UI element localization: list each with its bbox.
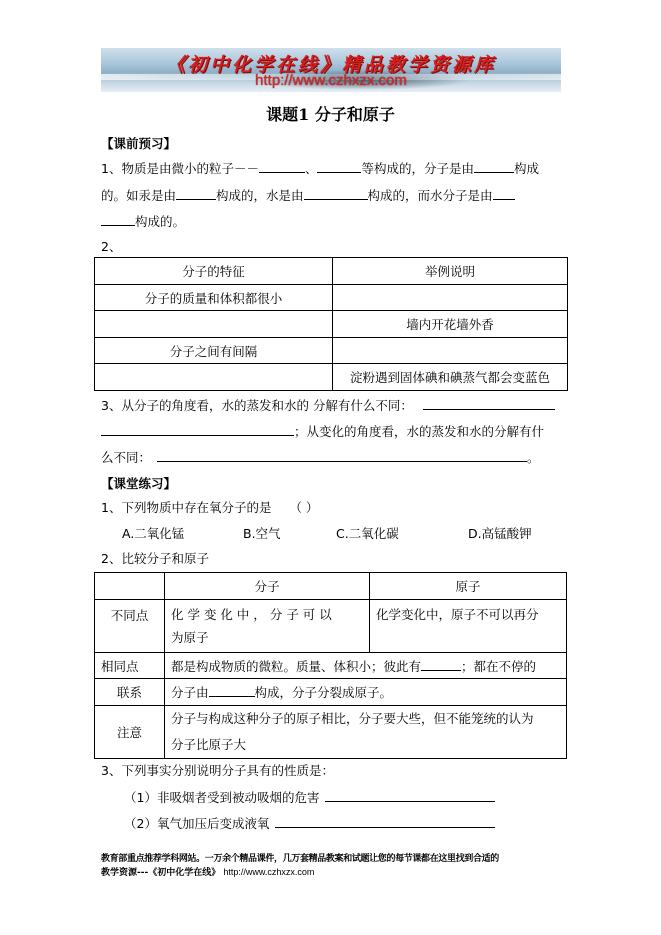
table-cell-answer[interactable] [333, 285, 568, 311]
table-cell-answer[interactable] [95, 364, 333, 391]
table-header: 分子的特征 [95, 258, 333, 285]
q3-text: 么不同： [101, 450, 151, 465]
q1-text: 的。如汞是由 [101, 188, 176, 203]
practice-q3-stem: 3、下列事实分别说明分子具有的性质是： [101, 763, 334, 779]
preview-q1-line1: 1、物质是由微小的粒子－－、等构成的，分子是由构成 [101, 160, 539, 177]
table-header [95, 573, 165, 600]
table-cell: 分子由构成，分子分裂成原子。 [165, 679, 567, 706]
row-label: 不同点 [95, 600, 165, 653]
table-row: 淀粉遇到固体碘和碘蒸气都会变蓝色 [95, 364, 568, 391]
answer-blank[interactable] [101, 213, 135, 226]
cell-text: 构成，分子分裂成原子。 [255, 685, 393, 700]
table-cell: 淀粉遇到固体碘和碘蒸气都会变蓝色 [333, 364, 568, 391]
answer-blank[interactable] [209, 684, 255, 697]
cell-text: 化 学 变 化 中 ， 分 子 可 以 [171, 605, 369, 625]
q3-text: 3、从分子的角度看，水的蒸发和水的 分解有什么不同： [101, 398, 413, 413]
cell-text: 都是构成物质的微粒。质量、体积小；彼此有 [171, 659, 421, 674]
table-row: 分子的质量和体积都很小 [95, 285, 568, 311]
item-text: （1）非吸烟者受到被动吸烟的危害 [124, 790, 319, 805]
section-heading-practice: 【课堂练习】 [101, 474, 176, 492]
answer-blank[interactable] [325, 789, 495, 802]
choice-a[interactable]: A.二氧化锰 [122, 526, 184, 542]
table-cell: 都是构成物质的微粒。质量、体积小；彼此有；都在不停的 [165, 653, 567, 679]
q1-text: 等构成的，分子是由 [361, 161, 474, 176]
table-cell: 墙内开花墙外香 [333, 311, 568, 338]
table-row: 不同点 化 学 变 化 中 ， 分 子 可 以 为原子 化学变化中，原子不可以再… [95, 600, 567, 653]
cell-text: 分子由 [171, 685, 209, 700]
footer-text: 教育部重点推荐学科网站。一万余个精品课件，几万套精品教案和试题让您的每节课都在这… [101, 853, 571, 866]
answer-blank[interactable] [259, 160, 305, 173]
banner-url[interactable]: http://www.czhxzx.com [101, 72, 561, 89]
answer-blank[interactable] [474, 160, 514, 173]
table-cell: 分子的质量和体积都很小 [95, 285, 333, 311]
table-cell-answer[interactable] [333, 338, 568, 364]
table-cell: 化 学 变 化 中 ， 分 子 可 以 为原子 [165, 600, 370, 653]
answer-blank[interactable] [421, 658, 461, 671]
footer-text: 教学资源---《初中化学在线》 [101, 868, 220, 878]
cell-text: 分子比原子大 [171, 732, 566, 758]
choice-c[interactable]: C.二氧化碳 [336, 526, 399, 542]
section-heading-preview: 【课前预习】 [101, 134, 176, 152]
site-banner: 《初中化学在线》精品教学资源库 http://www.czhxzx.com [101, 48, 561, 92]
item-text: （2）氧气加压后变成液氧 [124, 816, 269, 831]
row-label: 联系 [95, 679, 165, 706]
molecule-features-table: 分子的特征 举例说明 分子的质量和体积都很小 墙内开花墙外香 分子之间有间隔 淀… [94, 257, 568, 391]
molecule-atom-comparison-table: 分子 原子 不同点 化 学 变 化 中 ， 分 子 可 以 为原子 化学变化中，… [94, 572, 567, 759]
table-cell: 化学变化中，原子不可以再分 [370, 600, 567, 653]
cell-text: 为原子 [171, 625, 369, 651]
q1-text: 构成的。 [135, 214, 185, 229]
cell-text: ；都在不停的 [461, 659, 536, 674]
row-label: 相同点 [95, 653, 165, 679]
q1-text: 构成 [514, 161, 539, 176]
table-cell: 分子之间有间隔 [95, 338, 333, 364]
q1-text: 1、物质是由微小的粒子－－ [101, 161, 259, 176]
table-cell: 分子与构成这种分子的原子相比，分子要大些，但不能笼统的认为 分子比原子大 [165, 706, 567, 759]
cell-text: 分子与构成这种分子的原子相比，分子要大些，但不能笼统的认为 [171, 706, 566, 732]
table-header-row: 分子 原子 [95, 573, 567, 600]
table-row: 联系 分子由构成，分子分裂成原子。 [95, 679, 567, 706]
practice-q3-item-1: （1）非吸烟者受到被动吸烟的危害 [124, 789, 495, 806]
answer-blank[interactable] [304, 187, 368, 200]
q3-text: ；从变化的角度看，水的蒸发和水的分解有什 [294, 424, 544, 439]
row-label: 注意 [95, 706, 165, 759]
answer-bracket[interactable]: （ ） [289, 500, 318, 515]
q1-text: 构成的，而水分子是由 [368, 188, 493, 203]
choice-d[interactable]: D.高锰酸钾 [468, 526, 532, 542]
answer-blank[interactable] [493, 187, 515, 200]
q1-text: 1、下列物质中存在氧分子的是 [101, 500, 271, 515]
table-header: 原子 [370, 573, 567, 600]
page-footer: 教育部重点推荐学科网站。一万余个精品课件，几万套精品教案和试题让您的每节课都在这… [101, 853, 571, 880]
table-header-row: 分子的特征 举例说明 [95, 258, 568, 285]
footer-line2: 教学资源---《初中化学在线》 http://www.czhxzx.com [101, 866, 571, 880]
q1-text: 构成的，水是由 [216, 188, 304, 203]
table-header: 举例说明 [333, 258, 568, 285]
preview-q3-line2: ；从变化的角度看，水的蒸发和水的分解有什 [101, 423, 544, 440]
practice-q2-label: 2、比较分子和原子 [101, 551, 209, 567]
answer-blank[interactable] [423, 397, 555, 410]
practice-q3-item-2: （2）氧气加压后变成液氧 [124, 815, 495, 832]
table-row: 墙内开花墙外香 [95, 311, 568, 338]
footer-url-link[interactable]: http://www.czhxzx.com [223, 867, 314, 877]
preview-q1-line2: 的。如汞是由构成的，水是由构成的，而水分子是由 [101, 187, 515, 204]
preview-q2-label: 2、 [101, 239, 121, 255]
answer-blank[interactable] [157, 449, 527, 462]
choice-b[interactable]: B.空气 [243, 526, 281, 542]
table-header: 分子 [165, 573, 370, 600]
q1-text: 、 [305, 161, 318, 176]
table-row: 相同点 都是构成物质的微粒。质量、体积小；彼此有；都在不停的 [95, 653, 567, 679]
answer-blank[interactable] [275, 815, 495, 828]
answer-blank[interactable] [176, 187, 216, 200]
preview-q3-line1: 3、从分子的角度看，水的蒸发和水的 分解有什么不同： [101, 397, 555, 414]
q3-text: 。 [527, 450, 540, 465]
document-title: 课题1 分子和原子 [0, 102, 661, 125]
table-row: 分子之间有间隔 [95, 338, 568, 364]
preview-q1-line3: 构成的。 [101, 213, 185, 230]
practice-q1-stem: 1、下列物质中存在氧分子的是 （ ） [101, 500, 318, 516]
preview-q3-line3: 么不同：。 [101, 449, 540, 466]
answer-blank[interactable] [317, 160, 361, 173]
table-row: 注意 分子与构成这种分子的原子相比，分子要大些，但不能笼统的认为 分子比原子大 [95, 706, 567, 759]
answer-blank[interactable] [101, 423, 294, 436]
table-cell-answer[interactable] [95, 311, 333, 338]
